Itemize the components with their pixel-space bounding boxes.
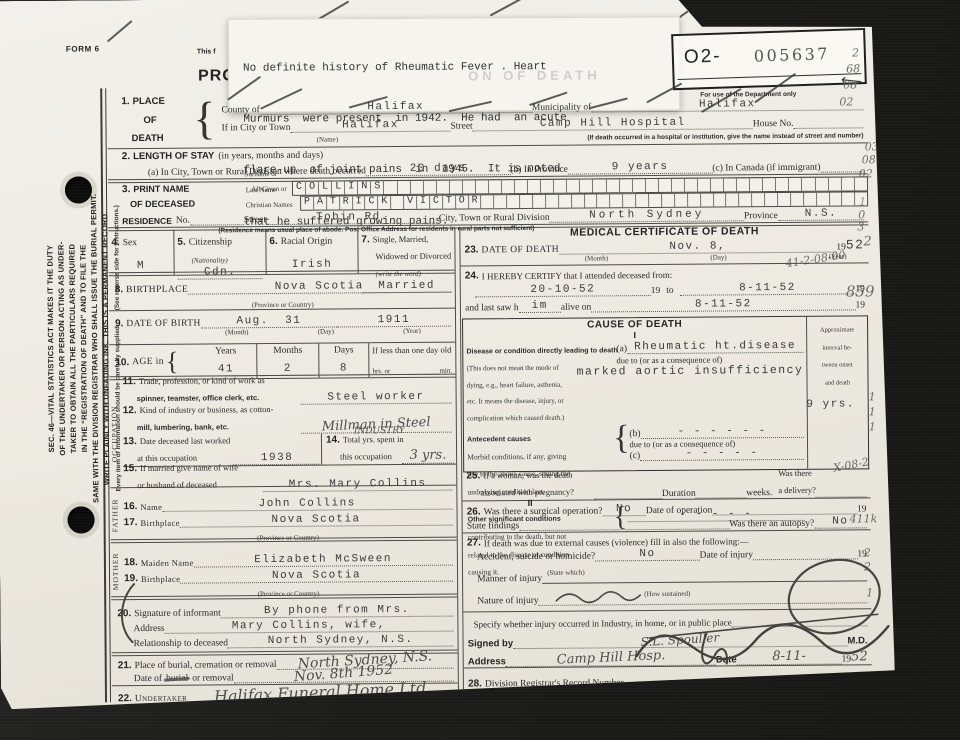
letter-box [646,179,659,192]
section-number: 2. [122,151,130,162]
field-label: County of [221,105,259,115]
section-number: 19. [124,573,138,584]
letter-box: I [353,196,366,209]
field-label: Citizenship [189,237,232,247]
letter-box [776,178,789,191]
letter-box [737,178,750,191]
autopsy-value: No [832,515,848,527]
field-note: (Name) [317,135,338,143]
letter-box [830,193,843,206]
field-note: (State which) [547,569,585,577]
letter-box [397,181,410,194]
field-label: Racial Origin [281,237,333,247]
field-label: Date deceased last worked [140,435,230,446]
letter-box: T [443,196,456,209]
section-date-of-death: 23.DATE OF DEATH Nov. 8, 19 52 (Month) (… [461,238,869,266]
section-number: 22. [118,693,132,704]
letter-box [724,178,737,191]
last-seen-value: 8-11-52 [695,298,752,310]
field-label: BIRTHPLACE [126,285,188,295]
certificate-year-value: 52 [851,649,868,664]
accident-value: No [639,548,655,560]
field-label: Street [244,215,266,225]
birth-year-value: 1911 [378,314,410,326]
field-label: No. [176,216,190,226]
interval-value: 9 yrs. [806,399,855,411]
father-group: FATHER 16.Name John Collins 17.Birthplac… [110,486,456,544]
letter-box [572,195,585,208]
letter-box: L [332,181,345,194]
letter-box [585,194,598,207]
field-label: Date of injury [700,550,753,560]
letter-box [533,195,546,208]
section-number: 27. [467,537,481,548]
field-label: Manner of injury [477,574,542,585]
section-title: DEATH [132,133,164,144]
death-registration-form: SEC. 46—VITAL STATISTICS ACT MAKES IT TH… [0,0,895,709]
letter-box [698,179,711,192]
left-column: 4.Sex M 5.Citizenship(Nationality) Cdn. … [108,228,457,699]
letter-box: O [306,182,319,195]
field-label: Date [716,654,737,665]
letter-box [791,193,804,206]
field-label: 19 [836,242,846,252]
cause-of-death-box: CAUSE OF DEATH I Disease or condition di… [462,315,869,472]
column-header: Days [322,345,365,355]
letter-box: K [378,196,391,209]
letter-box: T [327,196,340,209]
letter-box [593,179,606,192]
partial-text: This f [197,48,216,55]
letter-box [541,180,554,193]
field-label: If married give name of wife [140,462,238,473]
letter-box [437,181,450,194]
letter-box [828,178,841,191]
mother-birthplace-value: Nova Scotia [272,569,361,582]
letter-box [714,193,727,206]
field-label: Date of [134,674,162,684]
section-number: 4. [111,237,119,248]
age-days-value: 8 [322,362,365,375]
residence-province-value: N.S. [805,208,837,220]
filed-year-value: 52 [627,697,644,712]
letter-box [580,179,593,192]
letter-box [619,179,632,192]
letter-box: R [469,195,482,208]
letter-box: C [366,196,379,209]
form-grid: 1.PLACE OF DEATH { County of Halifax Mun… [107,84,872,702]
section-number: 12. [123,405,137,416]
brace: { [193,98,215,140]
field-note: complication which caused death.) [467,414,564,423]
informant-signature-value: By phone from Mrs. [264,604,410,617]
field-label: Address [133,624,164,634]
section-number: 21. [118,660,132,671]
letter-box [726,193,739,206]
letter-box [752,193,765,206]
field-label: Municipality of [532,102,591,112]
letter-box [763,178,776,191]
field-label: Relationship to deceased [134,638,229,649]
letter-box [494,195,507,208]
field-note: hrs. or [372,367,390,375]
mother-group: MOTHER 18.Maiden Name Elizabeth McSween … [111,541,457,601]
age-years-value: 41 [198,363,253,376]
letter-box: S [371,181,384,194]
field-label: alive on [561,303,591,313]
row-father-name: 16.Name John Collins [123,486,452,513]
field-note: (Province or Country) [258,590,320,598]
field-note: (Month) [585,254,608,262]
field-label: Sex [123,238,137,248]
section-number: 9. [115,318,123,329]
residence-street-value: Tobin Rd. [316,211,389,224]
section-number: 16. [123,501,137,512]
field-label: I HEREBY CERTIFY that I attended decease… [482,270,673,281]
section-title: OF DECEASED [130,199,195,210]
field-label: Was there [778,468,812,478]
margin-mark: 2 [852,46,859,59]
letter-box [520,195,533,208]
occupation-group: OCCUPATION 11.Trade, profession, or kind… [109,378,456,489]
field-note: (Day) [318,328,334,336]
section-number: 6. [269,236,277,247]
letter-box: C [430,196,443,209]
letter-box [410,181,423,194]
field-note: Morbid conditions, if any, giving [467,451,566,461]
letter-box [701,194,714,207]
letter-box [476,180,489,193]
field-note: (Year) [829,252,847,260]
letter-box [636,194,649,207]
brace: { [613,423,630,454]
field-note: (write the word) [376,269,421,277]
field-label: this occupation [340,451,392,461]
section-number: 1. [121,97,129,108]
field-note: (This does not mean the mode of [467,364,559,373]
section-number: 26. [467,506,481,517]
field-note: (Day) [710,253,726,261]
brace: { [166,350,179,373]
letter-box [804,193,817,206]
birthplace-value: Nova Scotia [275,280,364,293]
pen-stroke [107,20,133,42]
letter-box: R [340,196,353,209]
scanner-background: SEC. 46—VITAL STATISTICS ACT MAKES IT TH… [0,0,960,740]
letter-box: V [404,196,417,209]
section-number: 24. [465,270,479,281]
letter-box: I [417,196,430,209]
last-worked-value: 1938 [261,452,293,464]
stay-province-value: 9 years [612,161,669,173]
attended-from-value: 20-10-52 [530,283,595,296]
field-label: a delivery? [778,485,816,495]
letter-box: A [314,197,327,210]
letter-box [507,195,520,208]
section-number: 15. [123,463,137,474]
field-label: Street [450,121,472,131]
letter-box [546,195,559,208]
field-label: 19 [617,702,627,712]
field-label: House No. [753,118,794,128]
field-label: Nature of injury [477,596,538,606]
years-in-occupation-value: 3 yrs. [409,448,446,463]
field-label: Was there an autopsy? [729,519,814,530]
field-note: dying, e.g., heart failure, asthenia, [467,380,562,389]
field-note: etc. It means the disease, injury, or [467,397,564,406]
field-label: Signature of informant [134,608,221,619]
section-title: PRINT NAME [133,184,189,194]
letter-box [391,196,404,209]
section-number: 28. [468,678,482,689]
field-label: Name [140,502,162,512]
section-number: 20. [117,608,131,619]
letter-box [855,192,867,205]
column-header: Years [198,346,253,356]
field-note: All Given or [251,185,286,193]
field-label: (b) In Province [510,165,568,175]
letter-box [554,180,567,193]
field-label: Province [744,211,778,221]
letter-box [842,192,855,205]
letter-box [815,178,828,191]
filed-date-value: Nov 8 [536,691,585,714]
field-label: 19 [651,286,661,296]
letter-box [711,178,724,191]
division-registrar-note: (Division Registrar) [796,717,852,725]
field-label: State findings [467,521,520,531]
field-label: City, Town or Rural Division [439,213,550,224]
letter-box [750,178,763,191]
county-value: Halifax [367,100,424,112]
cause-due-to-value: marked aortic insufficiency [577,364,804,379]
letter-box [739,193,752,206]
group-label-mother: MOTHER [111,543,124,599]
field-label: 19 [855,284,865,294]
informant-address-value: Mary Collins, wife, [232,619,386,632]
letter-box [559,195,572,208]
letter-box [606,179,619,192]
field-label: 19 [857,504,867,514]
letter-box [463,180,476,193]
field-note: (Province or Country) [252,301,314,309]
field-label: Specify whether injury occurred in Indus… [474,617,732,629]
margin-mark: 68 [846,62,860,75]
field-label: 19 [857,549,867,559]
attended-to-value: 8-11-52 [739,282,796,294]
age-months-value: 2 [260,363,315,376]
section-number: 29. [468,702,482,713]
field-label: Duration [662,489,696,499]
field-note: (Name and address) [258,710,314,718]
letter-box: L [319,182,332,195]
section-number: 10. [115,357,129,368]
letter-box [672,179,685,192]
letter-box [842,177,855,190]
field-label: Widowed or Divorced [375,250,451,261]
group-label-father: FATHER [110,488,123,542]
interval-column: Approximate interval be- tween onset and… [806,316,868,468]
form-number-label: FORM 6 [66,44,100,53]
letter-box [685,179,698,192]
field-note: (in years, months and days) [218,151,323,162]
field-label: RESIDENCE [122,216,172,226]
letter-box: I [345,181,358,194]
certificate-date-value: 8-11- [772,649,806,664]
box-rule [678,73,862,80]
section-title: OF [143,115,156,126]
field-label: Antecedent causes [467,436,531,444]
section-informant: 20.Signature of informant By phone from … [111,598,457,657]
letter-box [802,178,815,191]
field-label: Division Registrar's Record Number [485,678,624,689]
informant-relationship-value: North Sydney, N.S. [268,634,414,647]
field-label: (a) [616,344,627,354]
field-label: If death was due to external causes (vio… [484,536,749,548]
group-label-occupation: OCCUPATION [109,380,123,487]
letter-box [384,181,397,194]
row-age: 10. AGE in { Years41 Months2 Days8 If le… [109,343,455,381]
certificate-number: 005637 [754,44,831,65]
marital-status-value: Married [362,280,452,294]
letter-box [649,194,662,207]
birth-day-value: 31 [285,315,301,327]
field-label: 19 [855,300,865,310]
row-mother-name: 18.Maiden Name Elizabeth McSween [124,541,453,569]
letter-box [598,194,611,207]
letter-box: O [456,195,469,208]
section-number: 17. [124,517,138,528]
row-record-number: 28. Division Registrar's Record Number [464,665,872,689]
letter-box [688,194,701,207]
interval-header: and death [825,379,850,386]
field-label: (b) [629,429,640,439]
letter-box [502,180,515,193]
residence-city-value: North Sydney [589,209,704,222]
letter-box [662,194,675,207]
field-label: AGE in [132,357,164,367]
field-label: Maiden Name [141,558,194,568]
note-line: No definite history of Rheumatic Fever .… [243,59,671,78]
row-signed-by: Signed by S.L. Spouller M.D. [464,626,872,649]
letter-box [855,177,867,190]
letter-box [817,193,830,206]
letter-box [489,180,502,193]
heading-ghost: ON OF DEATH [468,67,601,83]
row-sex-citizenship: 4.Sex M 5.Citizenship(Nationality) Cdn. … [108,228,454,277]
section-undertaker: 22.Undertaker Halifax Funeral Home Ltd (… [112,684,458,714]
operation-value: No [616,503,632,515]
column-header: Months [260,346,315,356]
interval-header: tween onset [822,362,853,369]
field-label: weeks. [746,488,772,498]
section-number: 13. [123,436,137,447]
father-birthplace-value: Nova Scotia [271,513,360,526]
letter-box [450,181,463,194]
row-date-of-birth: 9. DATE OF BIRTH Aug. 31 1911 (Month) (D… [109,309,455,346]
interval-header: interval be- [822,344,852,351]
field-label: DATE OF DEATH [482,245,560,256]
right-column: MEDICAL CERTIFICATE OF DEATH 23.DATE OF … [460,224,872,695]
section-number: 14. [326,434,340,445]
field-note: (Nationality) [192,256,228,264]
field-note: (How sustained) [644,590,690,598]
letter-box [610,194,623,207]
field-label: Undertaker [135,694,187,704]
field-label: If less than one day old [372,345,452,356]
form-columns: 4.Sex M 5.Citizenship(Nationality) Cdn. … [108,224,872,698]
section-place-of-death: 1.PLACE OF DEATH { County of Halifax Mun… [107,84,867,149]
cause-b-value: - - - - - - [678,425,767,438]
field-label: Address [468,656,506,667]
field-label: DATE OF BIRTH [126,319,200,330]
death-date-value: Nov. 8, [669,240,726,252]
letter-box [659,179,672,192]
row-father-birthplace: 17.Birthplace Nova Scotia [124,510,453,529]
citizenship-value: Cdn. [178,266,263,280]
field-label: Was there a surgical operation? [484,506,603,517]
letter-box [482,195,495,208]
field-label: Kind of industry or business, as cotton- [140,404,274,415]
row-filed: 29. Filed Nov 8 19 52 [464,686,872,713]
struck-word-burial: burial [166,674,188,684]
sex-value: M [112,260,171,273]
section-title: PLACE [133,96,165,107]
pen-stroke [490,0,530,16]
number-prefix: O2- [684,46,722,69]
letter-box: P [301,197,314,210]
field-label: (c) In Canada (if immigrant) [712,163,820,174]
father-name-value: John Collins [259,497,356,510]
letter-box [633,179,646,192]
section-title: LENGTH OF STAY [133,150,214,162]
field-label: (c) [630,451,641,461]
section-number: 23. [465,244,479,255]
letter-box [675,194,688,207]
letter-box [567,180,580,193]
field-label: to [666,286,673,296]
section-number: 8. [115,284,123,295]
field-note: Surname or [245,170,278,178]
cause-c-value: - - - - - [686,447,759,460]
cause-a-value: Rheumatic ht.disease [634,340,796,353]
letter-box [623,194,636,207]
section-print-name: 3.PRINT NAME Surname or Last Name COLLIN… [108,176,868,231]
section-number: 25. [466,470,480,481]
field-label: Date of operation [646,506,713,517]
field-label: If in City or Town [222,122,291,133]
industry-handwritten-note: INDUSTRY [354,427,405,437]
trade-value: Steel worker [327,391,424,404]
hospital-note: (If death occurred in a hospital or inst… [587,132,863,141]
section-number: 7. [361,234,369,245]
doctor-signature-value: S.L. Spouller [641,630,720,649]
field-label: Filed [485,703,505,713]
letter-box: N [358,181,371,194]
field-label: and last saw h [465,303,519,313]
field-label: If a woman, was the death [483,469,572,480]
letter-box [424,181,437,194]
field-label: or removal [192,673,233,683]
field-label: Birthplace [141,574,180,584]
field-note: Christian Names [246,201,293,209]
street-value: Camp Hill Hospital [540,116,686,129]
field-label: Birthplace [140,518,179,528]
interval-header: Approximate [820,326,854,333]
field-label: associated with pregnancy? [481,487,575,498]
md-label: M.D. [847,635,867,646]
field-label: 19 [842,654,852,664]
